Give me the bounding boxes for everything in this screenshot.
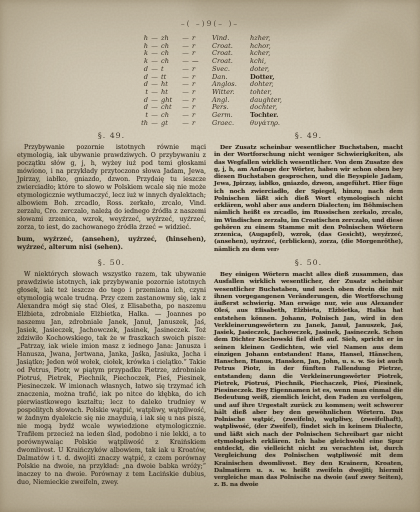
section-50-heading-right: §. 50. — [214, 258, 403, 267]
section-49-heading-left: §. 49. — [17, 131, 206, 140]
section-49-left-column: §. 49. Przybywanie pozornie istotnych ró… — [17, 131, 206, 252]
section-50-polish-paragraph: W niektórych słowach wszystko razem, tak… — [17, 271, 206, 487]
letter-correspondence: — — [148, 120, 161, 128]
letter-correspondence: th — [133, 120, 148, 128]
letter-correspondence: — — [179, 120, 192, 128]
table-row: th—gt—rGraec.θυγάτηρ. — [133, 120, 311, 128]
page-header-ornament: –( –)9(– )– — [0, 19, 420, 28]
section-50-right-column: §. 50. Bey einigen Wörtern macht alles d… — [214, 258, 403, 489]
example-word: θυγάτηρ. — [250, 120, 311, 128]
correspondence-table: h—zh—rVind.hzher,h—ch—rCroat.hchor,k—ch—… — [133, 35, 311, 127]
language-abbreviation: Graec. — [212, 120, 250, 128]
letter-correspondence: r — [192, 120, 204, 128]
section-49-german-paragraph: Der Zusatz scheinbar wesentlicher Buchst… — [214, 144, 403, 253]
section-49-polish-note: bum, wyźrzeć, (ansehen), uyźrzeć, (hinse… — [17, 236, 206, 252]
section-50-heading-left: §. 50. — [17, 258, 206, 267]
section-49-polish-paragraph: Przybywanie pozornie istotnych równie mą… — [17, 144, 206, 232]
letter-correspondence: gt — [161, 120, 179, 128]
section-49-heading-right: §. 49. — [214, 131, 403, 140]
section-50-german-paragraph: Bey einigen Wörtern macht alles dieß zus… — [214, 271, 403, 489]
section-50-left-column: §. 50. W niektórych słowach wszystko raz… — [17, 258, 206, 487]
section-49-right-column: §. 49. Der Zusatz scheinbar wesentlicher… — [214, 131, 403, 253]
